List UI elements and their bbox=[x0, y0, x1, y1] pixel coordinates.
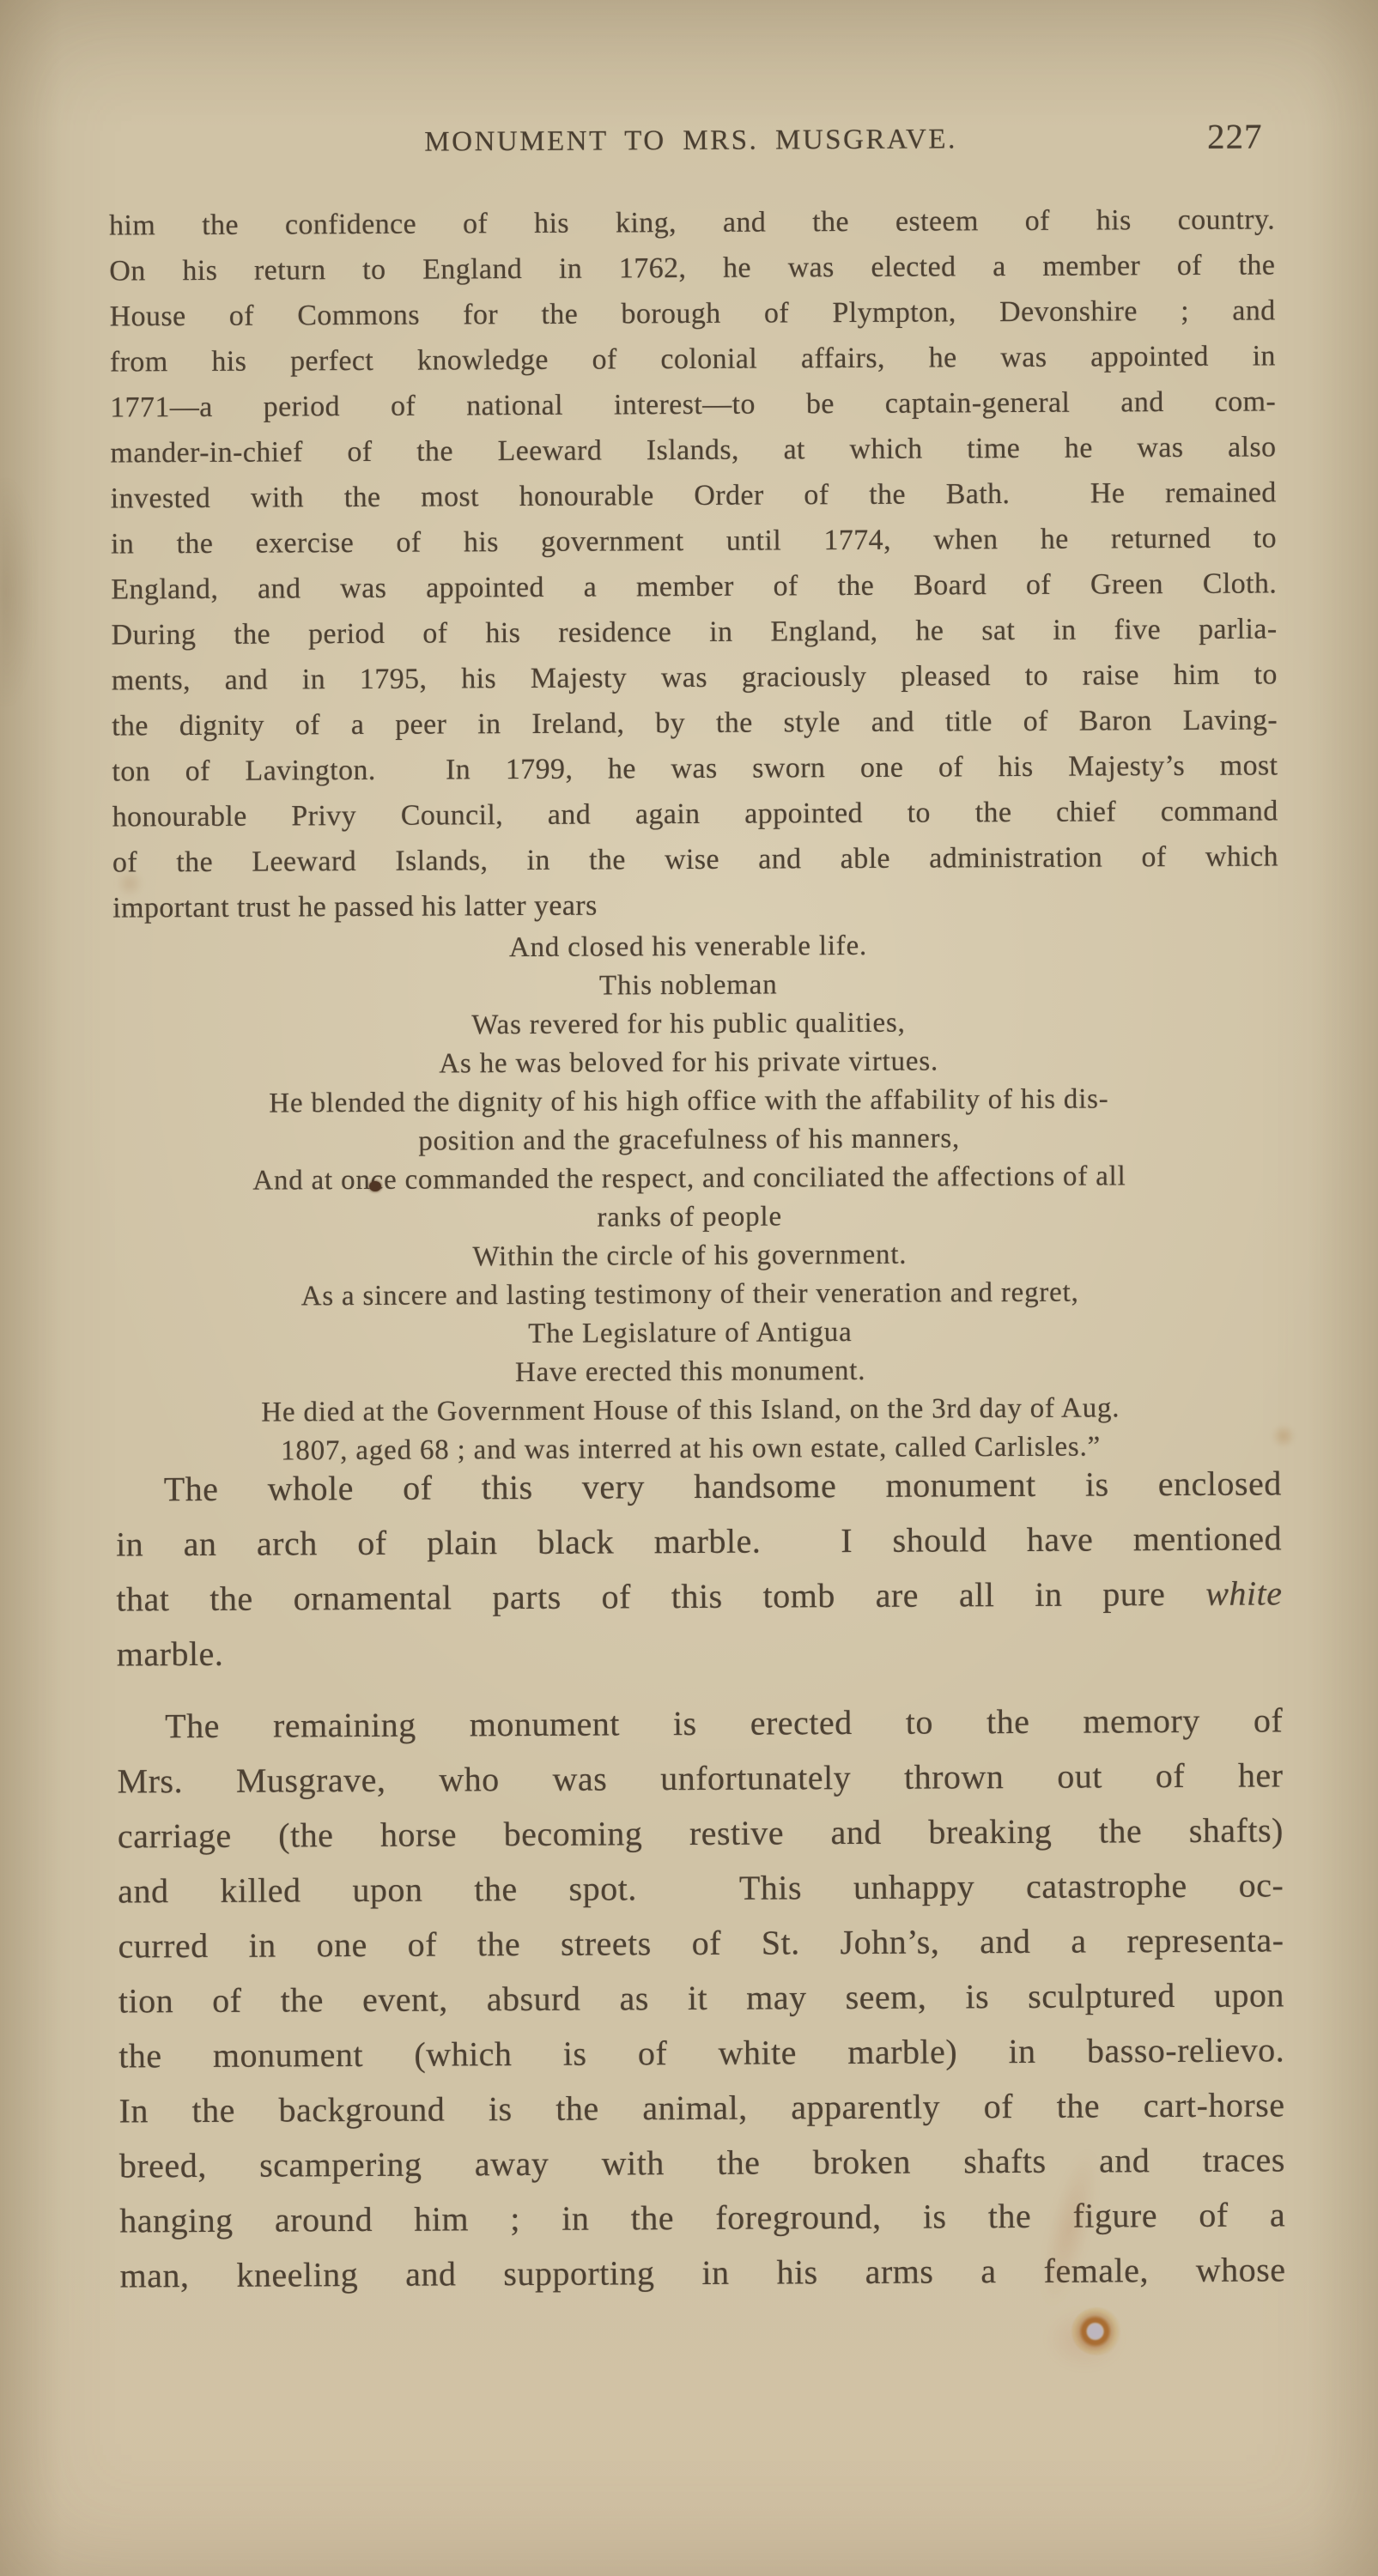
text-line: hanging around him ; in the foreground, … bbox=[119, 2187, 1285, 2248]
text-line: Have erected this monument. bbox=[91, 1349, 1290, 1394]
text-line: As a sincere and lasting testimony of th… bbox=[91, 1272, 1290, 1317]
text-line: He died at the Government House of this … bbox=[91, 1388, 1290, 1433]
text-line: man, kneeling and supporting in his arms… bbox=[119, 2242, 1285, 2303]
text-line: England, and was appointed a member of t… bbox=[111, 561, 1277, 612]
text-line: and killed upon the spot. This unhappy c… bbox=[118, 1858, 1284, 1918]
text-line: the dignity of a peer in Ireland, by the… bbox=[112, 697, 1278, 749]
text-line: The remaining monument is erected to the… bbox=[117, 1693, 1283, 1754]
foxing-spot bbox=[115, 870, 144, 896]
running-title: MONUMENT TO MRS. MUSGRAVE. bbox=[106, 122, 1274, 160]
text-line: Mrs. Musgrave, who was unfortunately thr… bbox=[117, 1748, 1283, 1809]
page-header: MONUMENT TO MRS. MUSGRAVE. 227 bbox=[106, 122, 1274, 176]
text-line: And at once commanded the respect, and c… bbox=[90, 1156, 1289, 1201]
text-line: As he was beloved for his private virtue… bbox=[89, 1040, 1288, 1085]
text-line: important trust he passed his latter yea… bbox=[112, 879, 1278, 930]
text-line: breed, scampering away with the broken s… bbox=[119, 2132, 1285, 2193]
text-line: In the background is the animal, apparen… bbox=[118, 2077, 1284, 2138]
text-line: During the period of his residence in En… bbox=[111, 606, 1277, 658]
page-number: 227 bbox=[1207, 115, 1263, 156]
paragraph-musgrave-monument: The remaining monument is erected to the… bbox=[117, 1693, 1286, 2303]
text-line: ments, and in 1795, his Majesty was grac… bbox=[112, 652, 1278, 703]
text-line: 1771—a period of national interest—to be… bbox=[110, 379, 1276, 430]
paragraph-biography: him the confidence of his king, and the … bbox=[109, 197, 1278, 930]
text-line: ton of Lavington. In 1799, he was sworn … bbox=[112, 742, 1278, 794]
text-line: in the exercise of his government until … bbox=[111, 515, 1277, 567]
text-line: from his perfect knowledge of colonial a… bbox=[110, 333, 1276, 385]
text-line: Was revered for his public qualities, bbox=[89, 1002, 1288, 1046]
paragraph-monument-description: The whole of this very handsome monument… bbox=[116, 1456, 1283, 1682]
foxing-spot bbox=[1271, 1425, 1296, 1447]
text-line: position and the gracefulness of his man… bbox=[90, 1118, 1289, 1162]
text-line: House of Commons for the borough of Plym… bbox=[109, 288, 1275, 339]
text-line: The Legislature of Antigua bbox=[91, 1311, 1290, 1355]
text-line: curred in one of the streets of St. John… bbox=[118, 1912, 1284, 1973]
text-line: the monument (which is of white marble) … bbox=[118, 2022, 1284, 2083]
ink-blot bbox=[369, 1181, 381, 1191]
edge-smudge bbox=[0, 481, 34, 704]
text-line: On his return to England in 1762, he was… bbox=[109, 242, 1275, 294]
text-line: that the ornamental parts of this tomb a… bbox=[116, 1566, 1282, 1627]
text-line: invested with the most honourable Order … bbox=[111, 470, 1277, 521]
text-line: tion of the event, absurd as it may seem… bbox=[118, 1967, 1284, 2028]
text-line: mander-in-chief of the Leeward Islands, … bbox=[110, 424, 1276, 476]
text-line: marble. bbox=[117, 1621, 1283, 1682]
text-line: in an arch of plain black marble. I shou… bbox=[116, 1511, 1282, 1572]
text-line: Within the circle of his government. bbox=[90, 1233, 1289, 1278]
page-content: MONUMENT TO MRS. MUSGRAVE. 227 him the c… bbox=[0, 0, 1378, 2576]
text-line: He blended the dignity of his high offic… bbox=[89, 1079, 1288, 1124]
text-line: This nobleman bbox=[89, 963, 1288, 1008]
epitaph-inscription: And closed his venerable life.This noble… bbox=[88, 924, 1290, 1471]
text-line: ranks of people bbox=[90, 1195, 1289, 1240]
text-line: The whole of this very handsome monument… bbox=[116, 1456, 1282, 1517]
book-page-scan: MONUMENT TO MRS. MUSGRAVE. 227 him the c… bbox=[0, 0, 1378, 2576]
text-line: carriage (the horse becoming restive and… bbox=[118, 1803, 1284, 1864]
paper-stain bbox=[1071, 2307, 1123, 2355]
text-line: honourable Privy Council, and again appo… bbox=[112, 788, 1278, 839]
text-line: And closed his venerable life. bbox=[88, 924, 1287, 969]
text-line: of the Leeward Islands, in the wise and … bbox=[112, 833, 1278, 885]
text-line: him the confidence of his king, and the … bbox=[109, 197, 1275, 248]
